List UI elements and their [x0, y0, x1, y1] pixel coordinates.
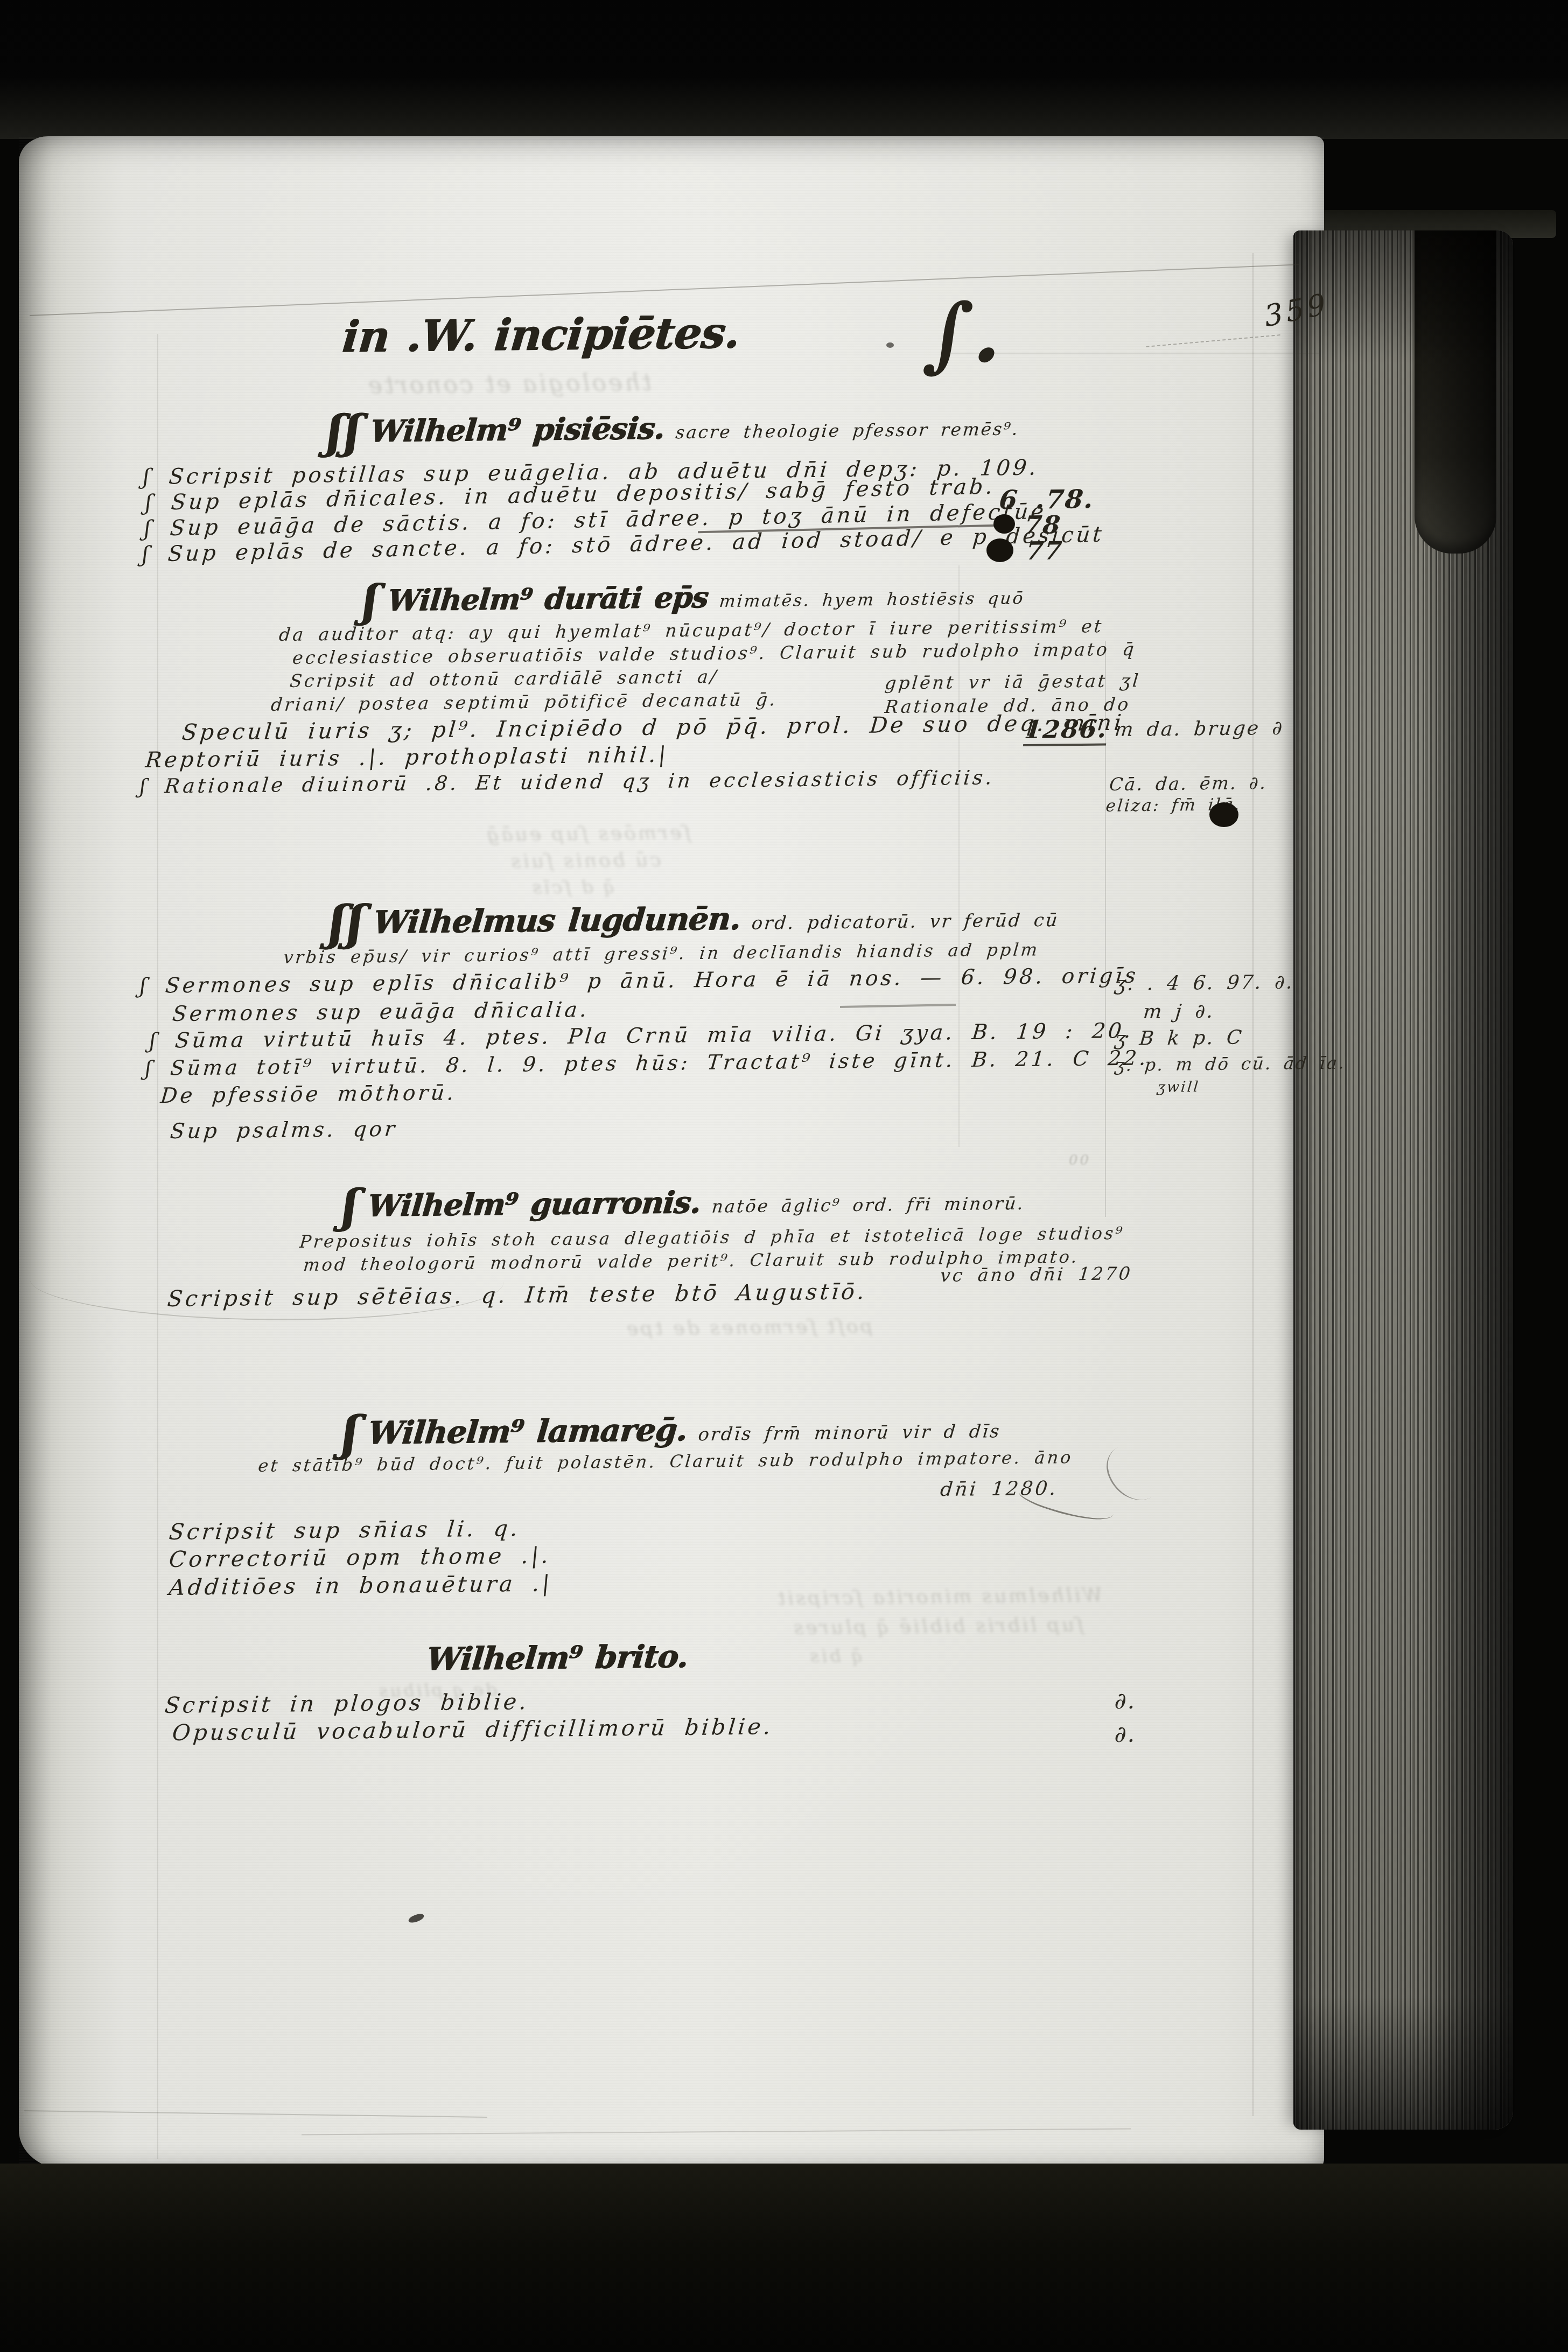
manuscript-photo: theologia et conorte ſermōes ſup euāḡ cū…: [0, 0, 1568, 2352]
ghost-text: poſt ſermones de tpe: [625, 1315, 873, 1340]
date-note: vc āno dn̄i 1270: [940, 1264, 1133, 1284]
ghost-text: q̄ bis: [808, 1645, 863, 1667]
heading-name: Wilhelm⁹ durāti ep̄s: [386, 580, 710, 618]
margin-note: ʒ. p. m dō cū. ād īa.: [1114, 1054, 1347, 1074]
text-line: Additiōes in bonauētura .|: [168, 1573, 553, 1599]
text-line: Opusculū vocabulorū difficillimorū bibli…: [171, 1716, 774, 1744]
ink-blot: [986, 538, 1013, 562]
text-line: Sup psalms. qor: [169, 1119, 398, 1142]
text-line: Scripsit sup sn̄ias li. q.: [168, 1517, 521, 1543]
text-line: De pfessiōe mōthorū.: [159, 1082, 457, 1107]
section-heading-guarronis: ʃWilhelm⁹ guarronis.natōe āglic⁹ ord. fr…: [340, 1177, 1027, 1229]
ghost-text: ſup libris bibliē q̄ plures: [792, 1614, 1084, 1639]
ghost-text: Wilhelmus minorita ſcripsit: [775, 1584, 1102, 1609]
margin-note: ∂.: [1114, 1690, 1138, 1712]
margin-note: ∂.: [1114, 1723, 1138, 1746]
ruled-line-fore-column: [1252, 253, 1254, 2116]
text-line: Sermones sup euāḡa dn̄icalia.: [171, 999, 590, 1025]
margin-note: ʒ. . 4 6. 97. ∂.: [1114, 973, 1295, 995]
ink-speck: [886, 342, 894, 348]
ruled-line-left-margin: [157, 334, 158, 2159]
heading-suffix: natōe āglic⁹ ord. fr̄i minorū.: [711, 1193, 1026, 1217]
fore-edge-shading: [1293, 230, 1513, 2130]
paraph-icon: ʃʃ: [327, 894, 368, 950]
ghost-text: theologia et conorte: [366, 369, 652, 400]
margin-note: m da. bruge ∂: [1114, 719, 1285, 740]
margin-note: Cā. da. ēm. ∂.: [1109, 774, 1268, 793]
heading-name: Wilhelm⁹ lamareḡ.: [366, 1411, 688, 1451]
book-bottom-shadow: [0, 2164, 1568, 2352]
backdrop-shadow: [0, 0, 1568, 139]
heading-suffix: mimatēs. hyem hostiēsis quō: [718, 589, 1025, 611]
heading-suffix: ord. pdicatorū. vr ferūd cū: [751, 909, 1060, 933]
paraph-icon: ʃʃ: [325, 404, 365, 458]
shelfmark-number: 1286.: [1023, 716, 1109, 746]
ghost-text: cū bonis ſuis: [509, 849, 661, 873]
heading-name: Wilhelm⁹ brito.: [425, 1638, 689, 1677]
text-line-right: gplēnt vr iā ḡestat ʒl: [884, 671, 1142, 692]
heading-suffix: ordīs frm̄ minorū vir d dīs: [697, 1420, 1002, 1445]
section-heading-brito: Wilhelm⁹ brito.: [425, 1641, 690, 1675]
heading-suffix: sacre theologie pfessor remēs⁹.: [675, 418, 1020, 443]
text-line: Scripsit ad ottonū cardiālē sancti a/: [289, 668, 719, 690]
text-line: Reptoriū iuris .|. prothoplasti nihil.|: [144, 744, 669, 771]
ghost-text: q̄ d ſcīs: [530, 876, 615, 899]
section-heading-lugdunen: ʃʃWilhelmus lugdunēn.ord. pdicatorū. vr …: [327, 892, 1062, 946]
margin-note: ʒwill: [1156, 1080, 1200, 1095]
page-header: in .W. incipiētes.: [340, 311, 741, 359]
page-header-title: in .W. incipiētes.: [340, 307, 742, 362]
margin-note: m j ∂.: [1143, 1002, 1216, 1022]
shelfmark-number: 77: [1025, 538, 1064, 563]
ink-blot: [993, 514, 1015, 534]
section-heading-duranti: ʃWilhelm⁹ durāti ep̄smimatēs. hyem hosti…: [361, 572, 1027, 623]
text-line: driani/ postea septimū pōtificē decanatū…: [270, 690, 778, 713]
book-fore-edge: [1293, 230, 1513, 2130]
heading-name: Wilhelmus lugdunēn.: [372, 900, 742, 941]
ghost-mark: 00: [1069, 1152, 1091, 1168]
ink-blot: [1209, 802, 1238, 827]
text-line: Scripsit in plogos biblie.: [164, 1691, 530, 1717]
header-paraph-mark: ∫.: [921, 292, 1009, 374]
heading-name: Wilhelm⁹ guarronis.: [366, 1185, 702, 1224]
section-heading-pisiensis: ʃʃWilhelm⁹ pisiēsis.sacre theologie pfes…: [325, 402, 1022, 455]
heading-name: Wilhelm⁹ pisiēsis.: [369, 410, 666, 449]
text-line: Correctoriū opm thome .|.: [168, 1545, 552, 1571]
ghost-text: ſermōes ſup euāḡ: [485, 822, 691, 846]
